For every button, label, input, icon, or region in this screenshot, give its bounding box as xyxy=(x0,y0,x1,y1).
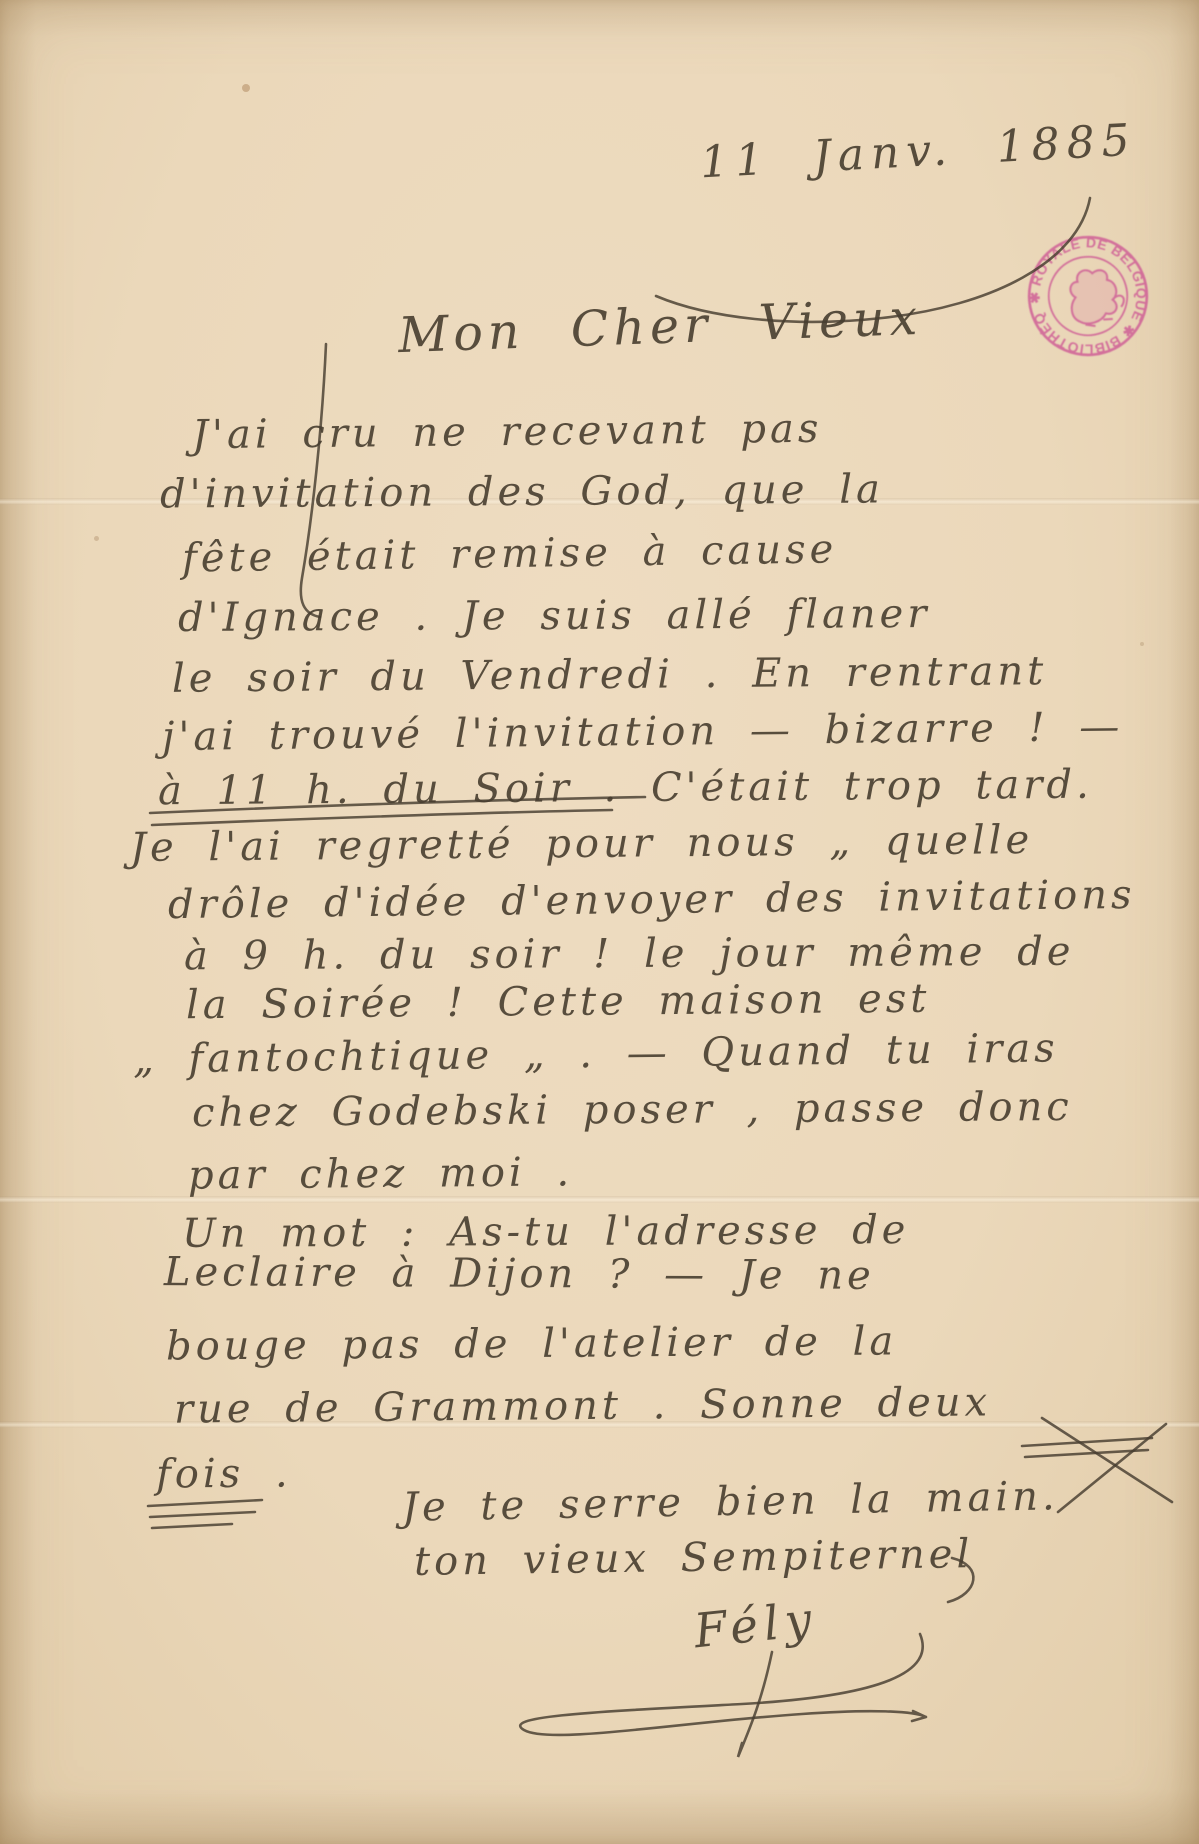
paper-speck xyxy=(1140,642,1144,646)
salutation: Mon Cher Vieux xyxy=(397,289,923,364)
letter-body-line: drôle d'idée d'envoyer des invitations xyxy=(168,875,1136,925)
paper-speck xyxy=(94,536,99,541)
closing-line: ton vieux Sempiternel xyxy=(414,1534,974,1582)
closing-line: Je te serre bien la main. xyxy=(402,1476,1059,1527)
paper-crease xyxy=(0,1196,1199,1203)
letter-body-line: Leclaire à Dijon ? — Je ne xyxy=(164,1252,875,1296)
letter-body-line: J'ai cru ne recevant pas xyxy=(192,409,823,456)
paper-speck xyxy=(242,84,250,92)
letter-body-line: fête était remise à cause xyxy=(182,529,838,578)
letter-body-line: par chez moi . xyxy=(188,1152,573,1195)
letter-body-line: rue de Grammont . Sonne deux xyxy=(174,1382,991,1429)
signature: Fély xyxy=(691,1592,820,1660)
letter-body-line: „ fantochtique „ . — Quand tu iras xyxy=(133,1028,1059,1079)
letter-scan-page: 11 Janv. 1885 ✱ ROYALE DE BELGIQUE ✱ BIB… xyxy=(0,0,1199,1844)
letter-body-line: le soir du Vendredi . En rentrant xyxy=(172,651,1048,699)
library-stamp: ✱ ROYALE DE BELGIQUE ✱ BIBLIOTHÈQ xyxy=(1009,217,1167,375)
letter-body-line: à 11 h. du Soir . C'était trop tard. xyxy=(158,765,1093,812)
letter-body-line: fois . xyxy=(156,1454,292,1495)
letter-body-line: Je l'ai regretté pour nous „ quelle xyxy=(130,820,1033,868)
letter-body-line: à 9 h. du soir ! le jour même de xyxy=(184,932,1075,977)
letter-body-line: chez Godebski poser , passe donc xyxy=(192,1087,1073,1133)
letter-body-line: Un mot : As-tu l'adresse de xyxy=(182,1210,910,1254)
letter-date: 11 Janv. 1885 xyxy=(699,115,1138,189)
letter-body-line: bouge pas de l'atelier de la xyxy=(166,1321,898,1366)
letter-body-line: la Soirée ! Cette maison est xyxy=(186,979,931,1025)
letter-body-line: d'Ignace . Je suis allé flaner xyxy=(178,594,931,638)
letter-body-line: j'ai trouvé l'invitation — bizarre ! — xyxy=(162,707,1124,757)
hand-underline-fois xyxy=(148,1500,262,1528)
letter-body-line: d'invitation des God, que la xyxy=(160,469,884,514)
